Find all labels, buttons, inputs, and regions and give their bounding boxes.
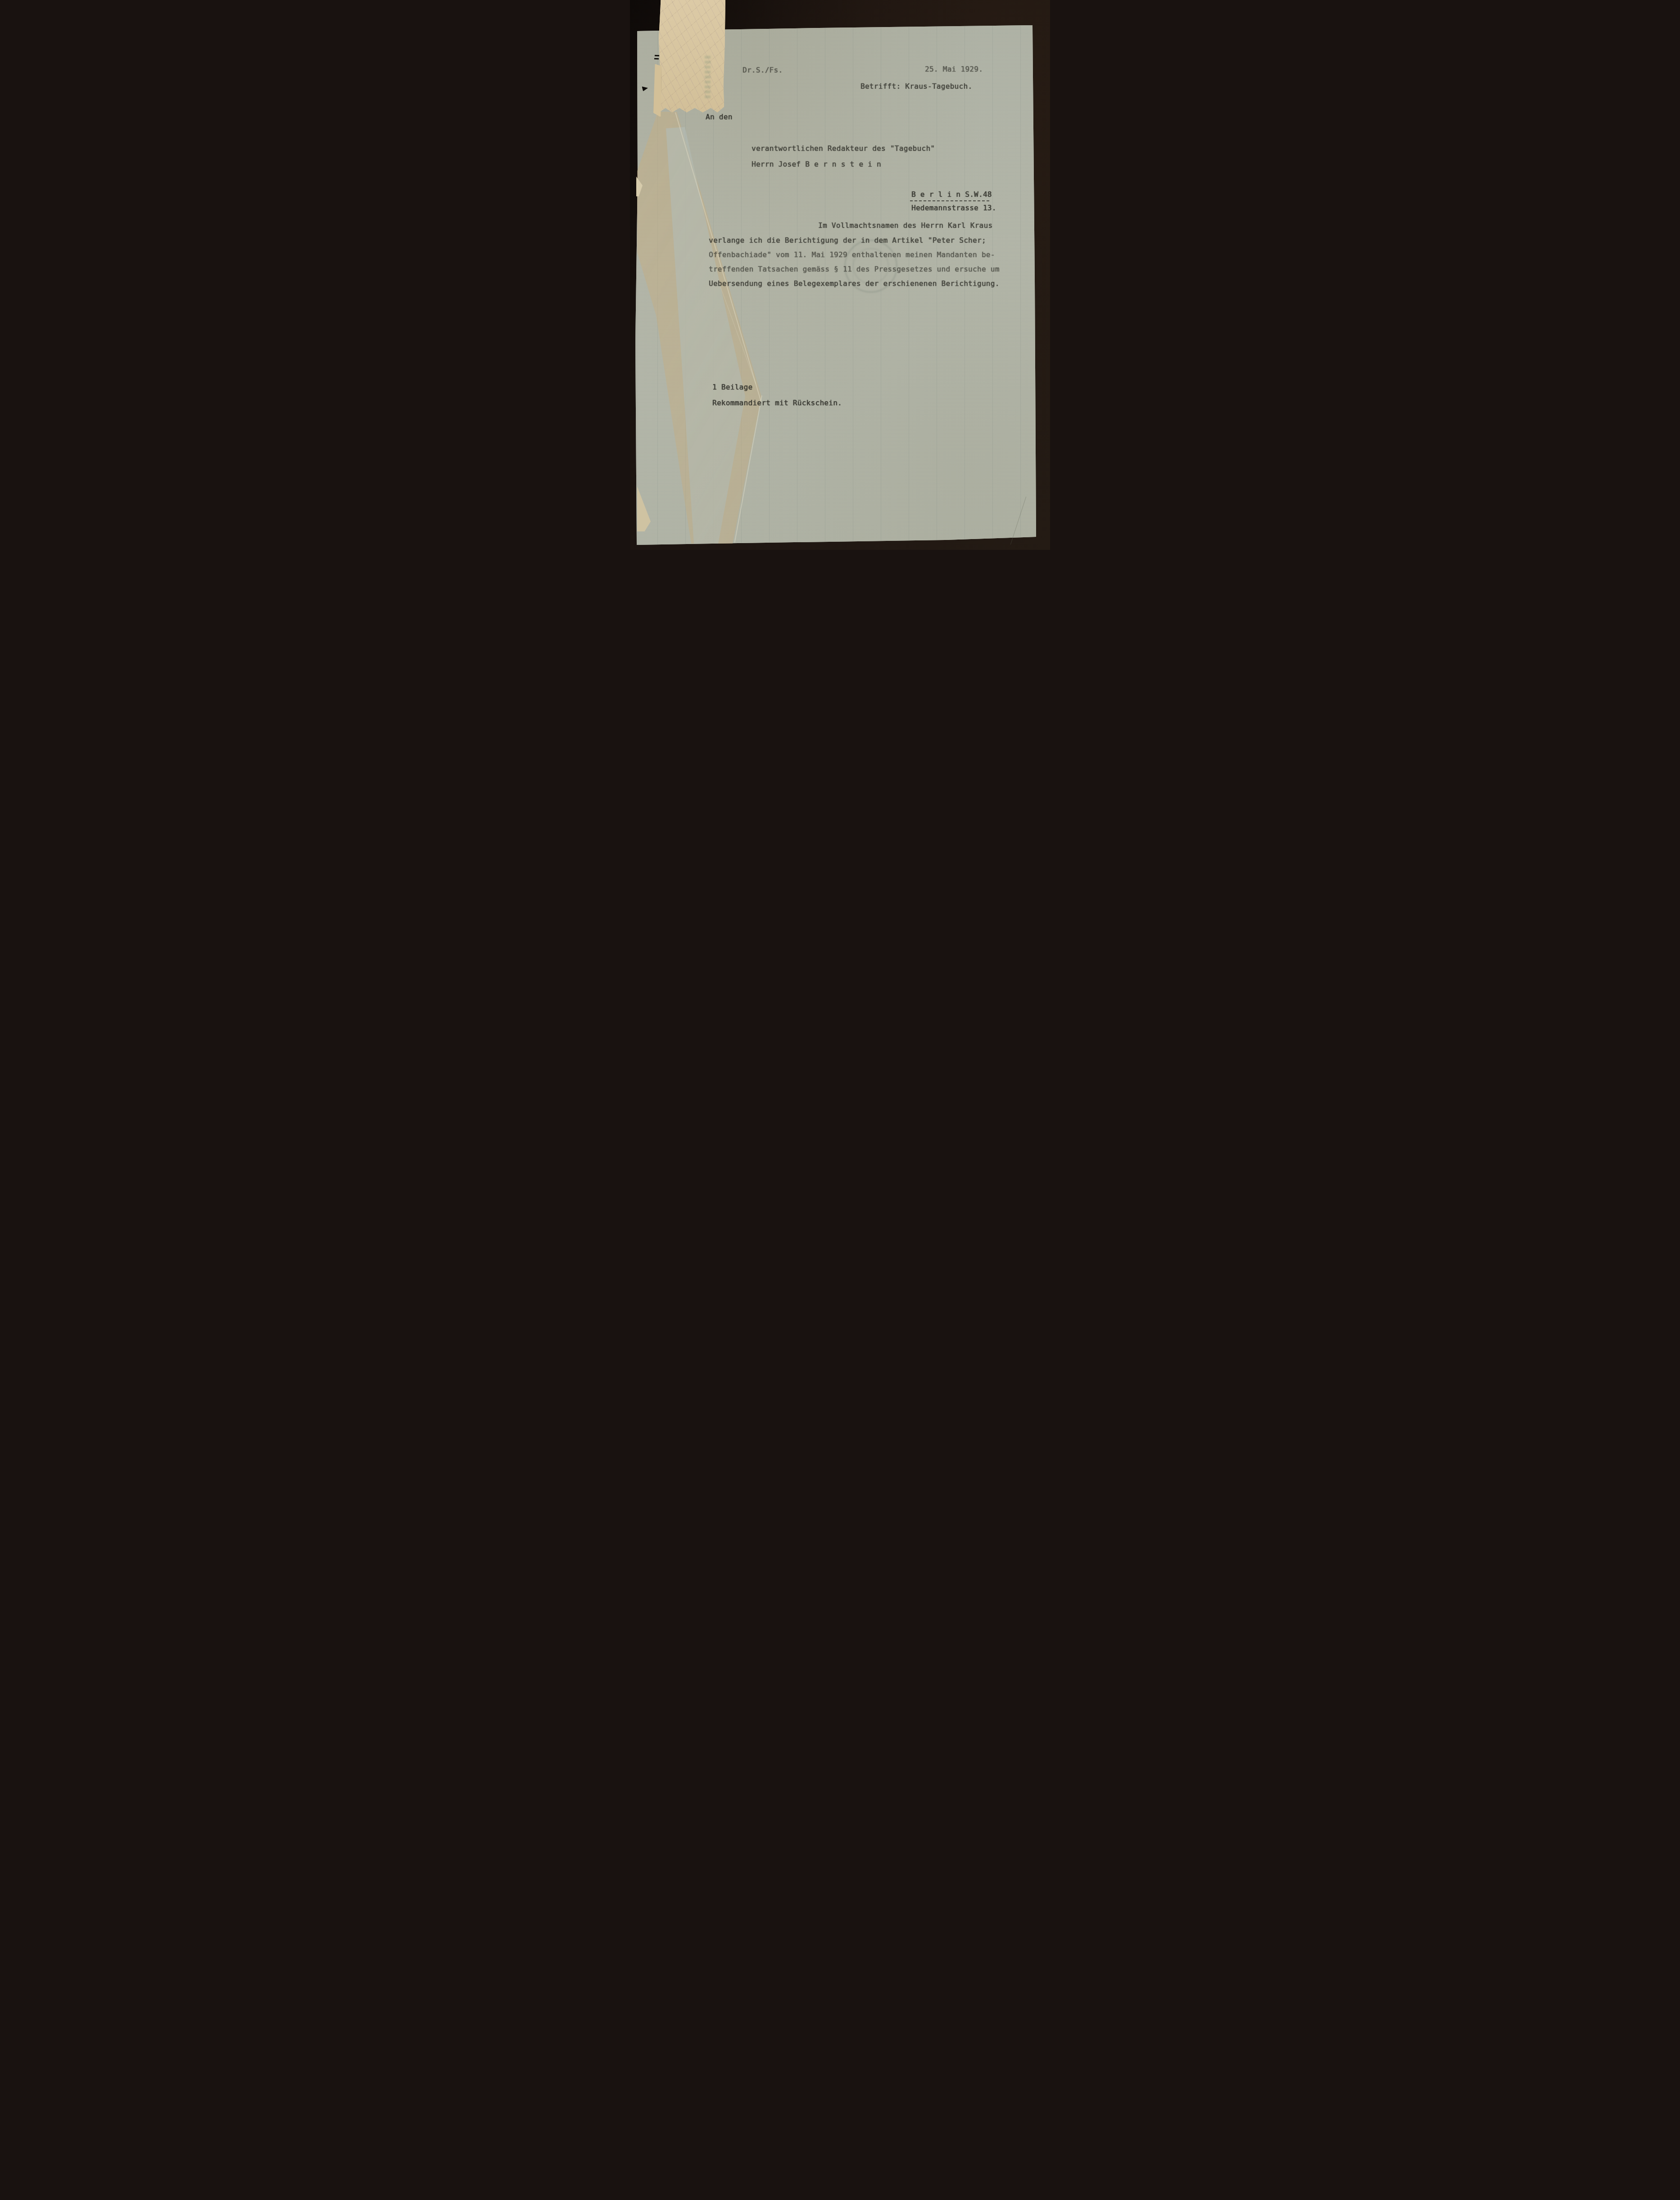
recipient-street-line: Hedemannstrasse 13. xyxy=(911,204,996,212)
subject-line: Betrifft: Kraus-Tagebuch. xyxy=(860,83,972,90)
dashed-underline xyxy=(910,197,989,201)
salutation-line: An den xyxy=(706,113,733,121)
body-line: Uebersendung eines Belegexemplares der e… xyxy=(709,280,1000,287)
postal-note-line: Rekommandiert mit Rückschein. xyxy=(712,399,842,407)
ink-dash-mark xyxy=(655,55,659,56)
body-line: verlange ich die Berichtigung der in dem… xyxy=(709,237,986,244)
recipient-role-line: verantwortlichen Redakteur des "Tagebuch… xyxy=(752,145,935,152)
date-line: 25. Mai 1929. xyxy=(925,66,983,73)
torn-tape-fragment xyxy=(659,0,725,113)
body-line: Offenbachiade" vom 11. Mai 1929 enthalte… xyxy=(709,251,995,259)
scan-background: Dr.S./Fs. 25. Mai 1929. Betrifft: Kraus-… xyxy=(630,0,1050,550)
reference-number: Dr.S./Fs. xyxy=(743,67,783,74)
faint-vertical-stamp xyxy=(705,54,711,98)
recipient-name-line: Herrn Josef B e r n s t e i n xyxy=(752,161,881,168)
body-line: treffenden Tatsachen gemäss § 11 des Pre… xyxy=(709,266,1000,273)
enclosure-line: 1 Beilage xyxy=(712,384,752,391)
body-line: Im Vollmachtsnamen des Herrn Karl Kraus xyxy=(818,222,992,229)
ink-dash-mark xyxy=(654,58,659,59)
